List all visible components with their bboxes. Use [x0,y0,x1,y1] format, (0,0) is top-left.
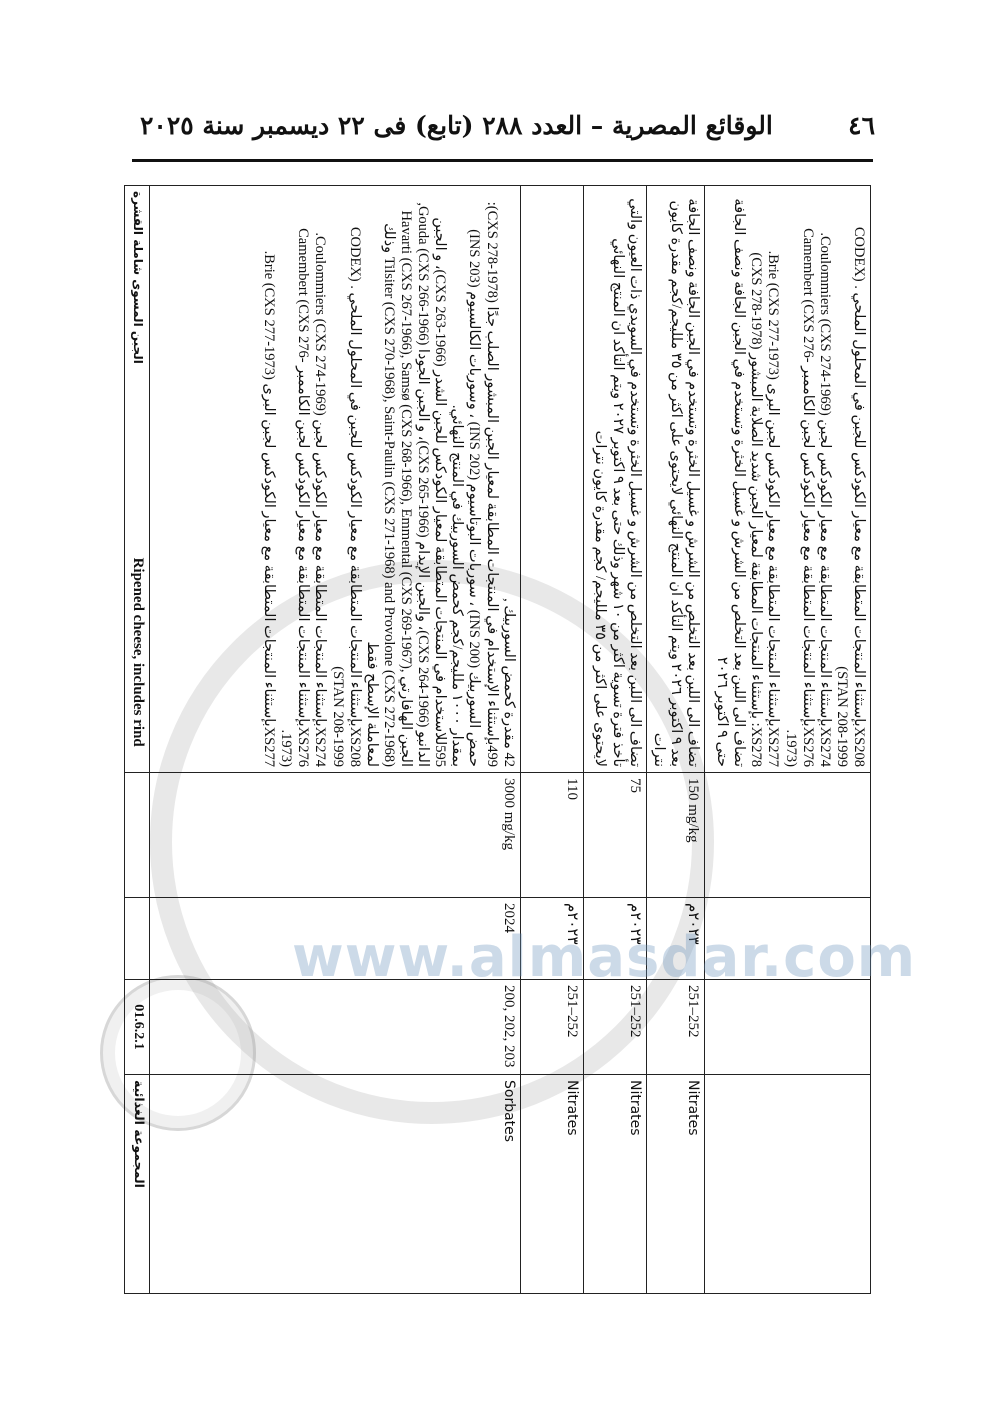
ins-cell: 200, 202, 203 [149,980,520,1075]
page-header: ٤٦ الوقائع المصرية – العدد ٢٨٨ (تابع) فى… [140,105,875,145]
note-line: XS208بإستثناء المنتجات المتطابقة مع معيا… [833,191,867,767]
note-line: تضاف الى اللبن بعد التخلص من الشرش و غسي… [650,191,701,767]
note-line: XS278: بإستثناء المنتجات المطابقة لمعيار… [747,191,764,767]
category-code-cell: 01.6.2.1 [124,980,149,1075]
additive-cell: Nitrates [646,1075,704,1294]
note-line: 42 مقدرة كحمض السوربيك , [500,191,517,767]
max-level-cell [705,773,871,898]
note-line: XS276بإستثناء المنتجات المتطابقة مع معيا… [277,191,311,767]
year-cell: ٢٠٢٣م [646,898,704,980]
additives-table: XS208بإستثناء المنتجات المتطابقة مع معيا… [124,185,871,1294]
table-row: 110 ٢٠٢٣م 251–252 Nitrates [520,186,583,1294]
note-line: تضاف الى اللبن بعد التخلص من الشرش و غسي… [591,191,642,767]
additive-cell: Nitrates [520,1075,583,1294]
ins-cell: 251–252 [646,980,704,1075]
ins-cell [705,980,871,1075]
page-number: ٤٦ [848,111,875,140]
max-level-cell: 110 [520,773,583,898]
notes-cell: 42 مقدرة كحمض السوربيك ,499بإستثناء الإس… [149,186,520,773]
notes-cell: XS208بإستثناء المنتجات المتطابقة مع معيا… [705,186,871,773]
table-row: تضاف الى اللبن بعد التخلص من الشرش و غسي… [583,186,646,1294]
max-level-cell: 3000 mg/kg [149,773,520,898]
note-line: 595للاستخدام في المنتجات المتطابقة لمعيا… [363,191,449,767]
notes-cell: تضاف الى اللبن بعد التخلص من الشرش و غسي… [583,186,646,773]
table-row: تضاف الى اللبن بعد التخلص من الشرش و غسي… [646,186,704,1294]
category-name-ar: الجبن المسوى شاملة القشرة [131,191,145,364]
note-line: حمض السوربيك (INS 200) ، سوربات البوتاسي… [448,191,482,767]
additive-cell: Sorbates [149,1075,520,1294]
additive-cell: Nitrates [583,1075,646,1294]
note-line: XS274بإستثناء المنتجات المتطابقة مع معيا… [816,191,833,767]
note-line: XS208بإستثناء المنتجات المتطابقة مع معيا… [328,191,362,767]
rotated-table-container: XS208بإستثناء المنتجات المتطابقة مع معيا… [133,185,871,1293]
note-line: 499بإستثناء الإستخدام في المنتجات المطاب… [482,191,499,767]
max-level-cell: 75 [583,773,646,898]
table-row: 42 مقدرة كحمض السوربيك ,499بإستثناء الإس… [149,186,520,1294]
notes-cell: تضاف الى اللبن بعد التخلص من الشرش و غسي… [646,186,704,773]
ins-cell: 251–252 [583,980,646,1075]
year-cell: 2024 [149,898,520,980]
max-level-cell: 150 mg/kg [646,773,704,898]
note-line: XS276بإستثناء المنتجات المتطابقة مع معيا… [781,191,815,767]
year-cell: ٢٠٢٣م [520,898,583,980]
year-cell [705,898,871,980]
empty-cell [124,773,149,898]
category-name-en: Ripened cheese, includes rind [130,368,146,747]
notes-cell [520,186,583,773]
note-line: XS277بإستثناء المنتجات المتطابقة مع معيا… [764,191,781,767]
category-label-cell: المجموعة الغذائية [124,1075,149,1294]
category-name-cell: الجبن المسوى شاملة القشرة Ripened cheese… [124,186,149,773]
note-line: XS274بإستثناء المنتجات المتطابقة مع معيا… [311,191,328,767]
ins-cell: 251–252 [520,980,583,1075]
year-cell: ٢٠٢٣م [583,898,646,980]
note-line: XS277بإستثناء المنتجات المتطابقة مع معيا… [260,191,277,767]
table-row: XS208بإستثناء المنتجات المتطابقة مع معيا… [705,186,871,1294]
additive-cell [705,1075,871,1294]
gazette-title: الوقائع المصرية – العدد ٢٨٨ (تابع) فى ٢٢… [140,111,773,140]
header-rule [132,159,873,162]
empty-cell [124,898,149,980]
note-line: تضاف الى اللبن بعد التخلص من الشرش و غسي… [713,191,747,767]
category-row: الجبن المسوى شاملة القشرة Ripened cheese… [124,186,149,1294]
